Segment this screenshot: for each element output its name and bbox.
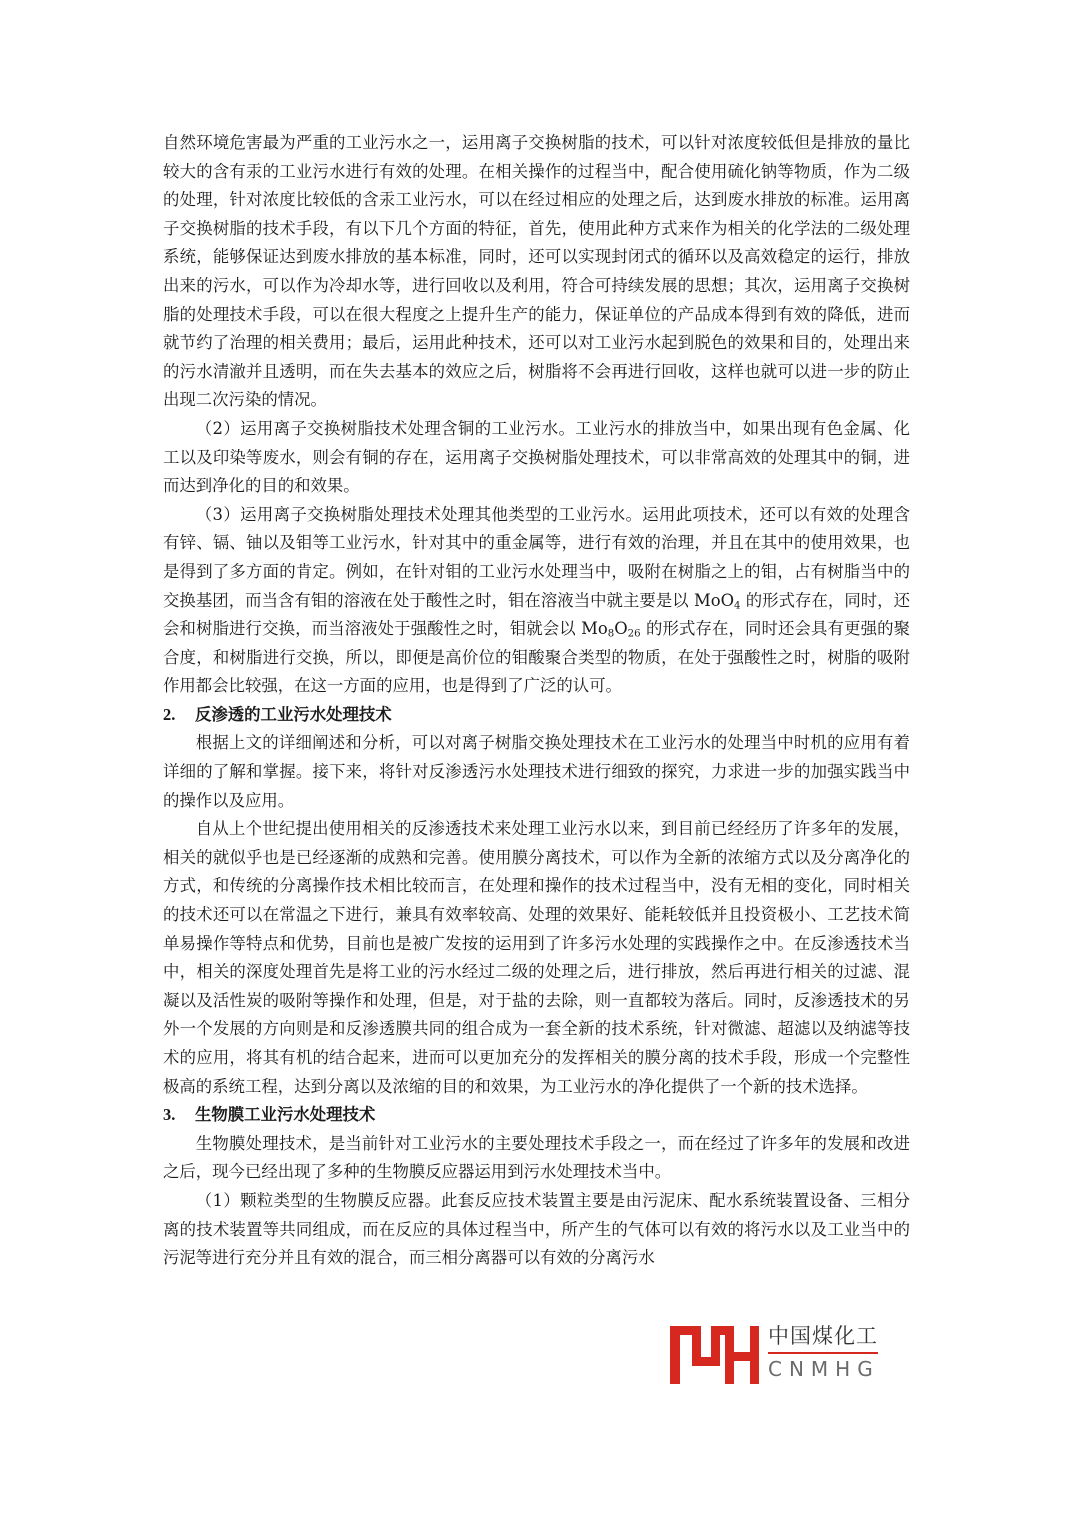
paragraph-granular-biofilm-reactor: （1）颗粒类型的生物膜反应器。此套反应技术装置主要是由污泥床、配水系统装置设备、… — [163, 1187, 910, 1273]
logo-divider — [768, 1352, 878, 1354]
section-title: 生物膜工业污水处理技术 — [195, 1105, 375, 1124]
section-heading-biofilm: 3.生物膜工业污水处理技术 — [163, 1101, 910, 1130]
section-title: 反渗透的工业污水处理技术 — [195, 705, 392, 724]
paragraph-mercury-treatment: 自然环境危害最为严重的工业污水之一，运用离子交换树脂的技术，可以针对浓度较低但是… — [163, 129, 910, 415]
formula-mo8o26: Mo8O26 — [581, 619, 641, 638]
section-number: 3. — [163, 1101, 195, 1130]
logo-english-name: CNMHG — [768, 1356, 880, 1382]
paragraph-biofilm-intro: 生物膜处理技术，是当前针对工业污水的主要处理技术手段之一，而在经过了许多年的发展… — [163, 1130, 910, 1187]
mh-logo-icon — [670, 1324, 760, 1384]
formula-moo4: MoO4 — [694, 591, 741, 610]
document-page: 自然环境危害最为严重的工业污水之一，运用离子交换树脂的技术，可以针对浓度较低但是… — [163, 129, 910, 1273]
paragraph-copper-treatment: （2）运用离子交换树脂技术处理含铜的工业污水。工业污水的排放当中，如果出现有色金… — [163, 415, 910, 501]
paragraph-ro-development: 自从上个世纪提出使用相关的反渗透技术来处理工业污水以来，到目前已经经历了许多年的… — [163, 815, 910, 1101]
section-heading-reverse-osmosis: 2.反渗透的工业污水处理技术 — [163, 701, 910, 730]
paragraph-ro-intro: 根据上文的详细阐述和分析，可以对离子树脂交换处理技术在工业污水的处理当中时机的应… — [163, 729, 910, 815]
logo-chinese-name: 中国煤化工 — [768, 1324, 878, 1348]
paragraph-other-wastewater: （3）运用离子交换树脂处理技术处理其他类型的工业污水。运用此项技术，还可以有效的… — [163, 501, 910, 701]
cnmhg-watermark-logo: 中国煤化工 CNMHG — [668, 1320, 888, 1388]
section-number: 2. — [163, 701, 195, 730]
